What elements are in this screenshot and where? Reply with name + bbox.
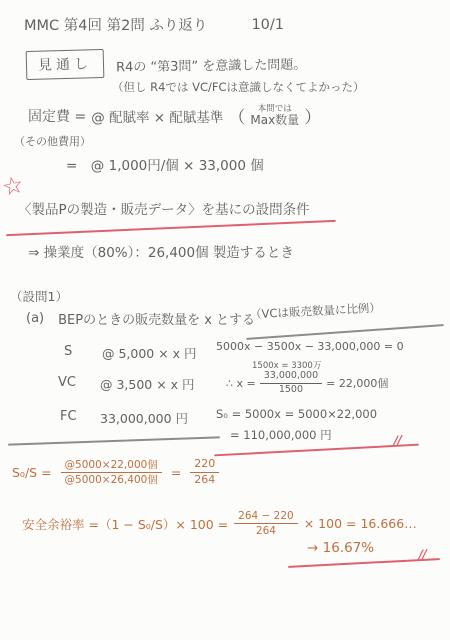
safety-lhs: 安全余裕率 =（1 − S₀/S）× 100 = <box>22 515 228 533</box>
row-vc-value: @ 3,500 × x 円 <box>100 375 195 393</box>
calc-fraction: 33,000,000 1500 <box>260 371 322 396</box>
row-fc-label: FC <box>60 409 77 424</box>
ratio-fraction-num: @5000×22,000個 <box>61 459 162 473</box>
ratio-line: S₀/S = @5000×22,000個 @5000×26,400個 = 220… <box>12 458 219 486</box>
red-underline-s0 <box>214 444 419 457</box>
row-s-value: @ 5,000 × x 円 <box>102 344 197 362</box>
s0-line2: = 110,000,000 円 <box>230 427 332 443</box>
done-mark-2: // <box>416 548 427 564</box>
ratio-result-fraction: 220 264 <box>190 458 219 486</box>
pencil-underline-note <box>246 324 444 339</box>
calc-fraction-num: 33,000,000 <box>260 371 322 384</box>
outlook-line2: （但し R4では VC/FCは意識しなくてよかった） <box>112 79 365 95</box>
ratio-result-den: 264 <box>194 473 215 487</box>
ratio-fraction: @5000×22,000個 @5000×26,400個 <box>61 459 162 486</box>
safety-fraction-num: 264 − 220 <box>234 510 298 524</box>
q1-a-note: （VCは販売数量に比例） <box>250 300 382 323</box>
red-underline-heading <box>6 220 336 237</box>
fixed-cost-annotation: 本問では Max数量 <box>250 105 299 126</box>
calc-solution-line: ∴ x = 33,000,000 1500 = 22,000個 <box>226 371 388 396</box>
row-fc-value: 33,000,000 円 <box>100 409 188 427</box>
calc-result: = 22,000個 <box>326 375 388 391</box>
fixed-cost-rhs: @ 配賦率 × 配賦基準 <box>91 106 223 126</box>
q1-label: （設問1） <box>10 287 68 305</box>
q1-a-text: BEPのときの販売数量を x とする <box>58 309 255 328</box>
outlook-line1: R4の “第3問” を意識した問題。 <box>116 54 307 76</box>
done-mark-1: // <box>391 434 402 450</box>
fixed-cost-subnote: （その他費用） <box>14 133 91 149</box>
q1-a-label: (a) <box>26 311 44 326</box>
ratio-lhs: S₀/S = <box>12 465 52 480</box>
note-header: MMC 第4回 第2問 ふり返り 10/1 <box>24 14 284 35</box>
s0-line1: S₀ = 5000x = 5000×22,000 <box>216 407 377 421</box>
row-s-label: S <box>64 344 72 359</box>
fixed-cost-lhs: 固定費 = <box>28 106 86 126</box>
note-date: 10/1 <box>251 17 284 33</box>
ratio-fraction-den: @5000×26,400個 <box>65 473 158 486</box>
note-page: MMC 第4回 第2問 ふり返り 10/1 見通し R4の “第3問” を意識し… <box>0 0 450 640</box>
outlook-box: 見通し <box>26 49 105 80</box>
calc-fraction-den: 1500 <box>279 384 303 396</box>
ratio-result-num: 220 <box>190 458 219 473</box>
safety-line: 安全余裕率 =（1 − S₀/S）× 100 = 264 − 220 264 ×… <box>22 510 417 537</box>
row-vc-label: VC <box>58 375 76 390</box>
safety-fraction-den: 264 <box>256 524 276 537</box>
ratio-equals: = <box>171 465 181 480</box>
note-title: MMC 第4回 第2問 ふり返り <box>24 14 207 35</box>
annotation-main-text: Max数量 <box>250 114 299 126</box>
pencil-underline-rows <box>8 436 220 445</box>
paren-close: ） <box>304 103 321 128</box>
fixed-cost-line: 固定費 = @ 配賦率 × 配賦基準 （ 本問では Max数量 ） <box>28 103 321 128</box>
q1-a-line: (a) BEPのときの販売数量を x とする <box>26 309 255 328</box>
calc-eq1: 5000x − 3500x − 33,000,000 = 0 <box>216 340 404 353</box>
calc-therefore: ∴ x = <box>226 377 256 390</box>
outlook-box-label: 見通し <box>38 56 92 73</box>
safety-suffix: × 100 = 16.666… <box>304 516 417 531</box>
paren-open: （ <box>228 103 245 128</box>
basis-heading: 〈製品Pの製造・販売データ〉を基にの設問条件 <box>18 198 310 218</box>
safety-fraction: 264 − 220 264 <box>234 510 298 537</box>
fixed-cost-value-line: = @ 1,000円/個 × 33,000 個 <box>66 154 264 174</box>
safety-result: → 16.67% <box>307 540 374 556</box>
basis-condition: ⇒ 操業度（80%）：26,400個 製造するとき <box>28 241 294 261</box>
